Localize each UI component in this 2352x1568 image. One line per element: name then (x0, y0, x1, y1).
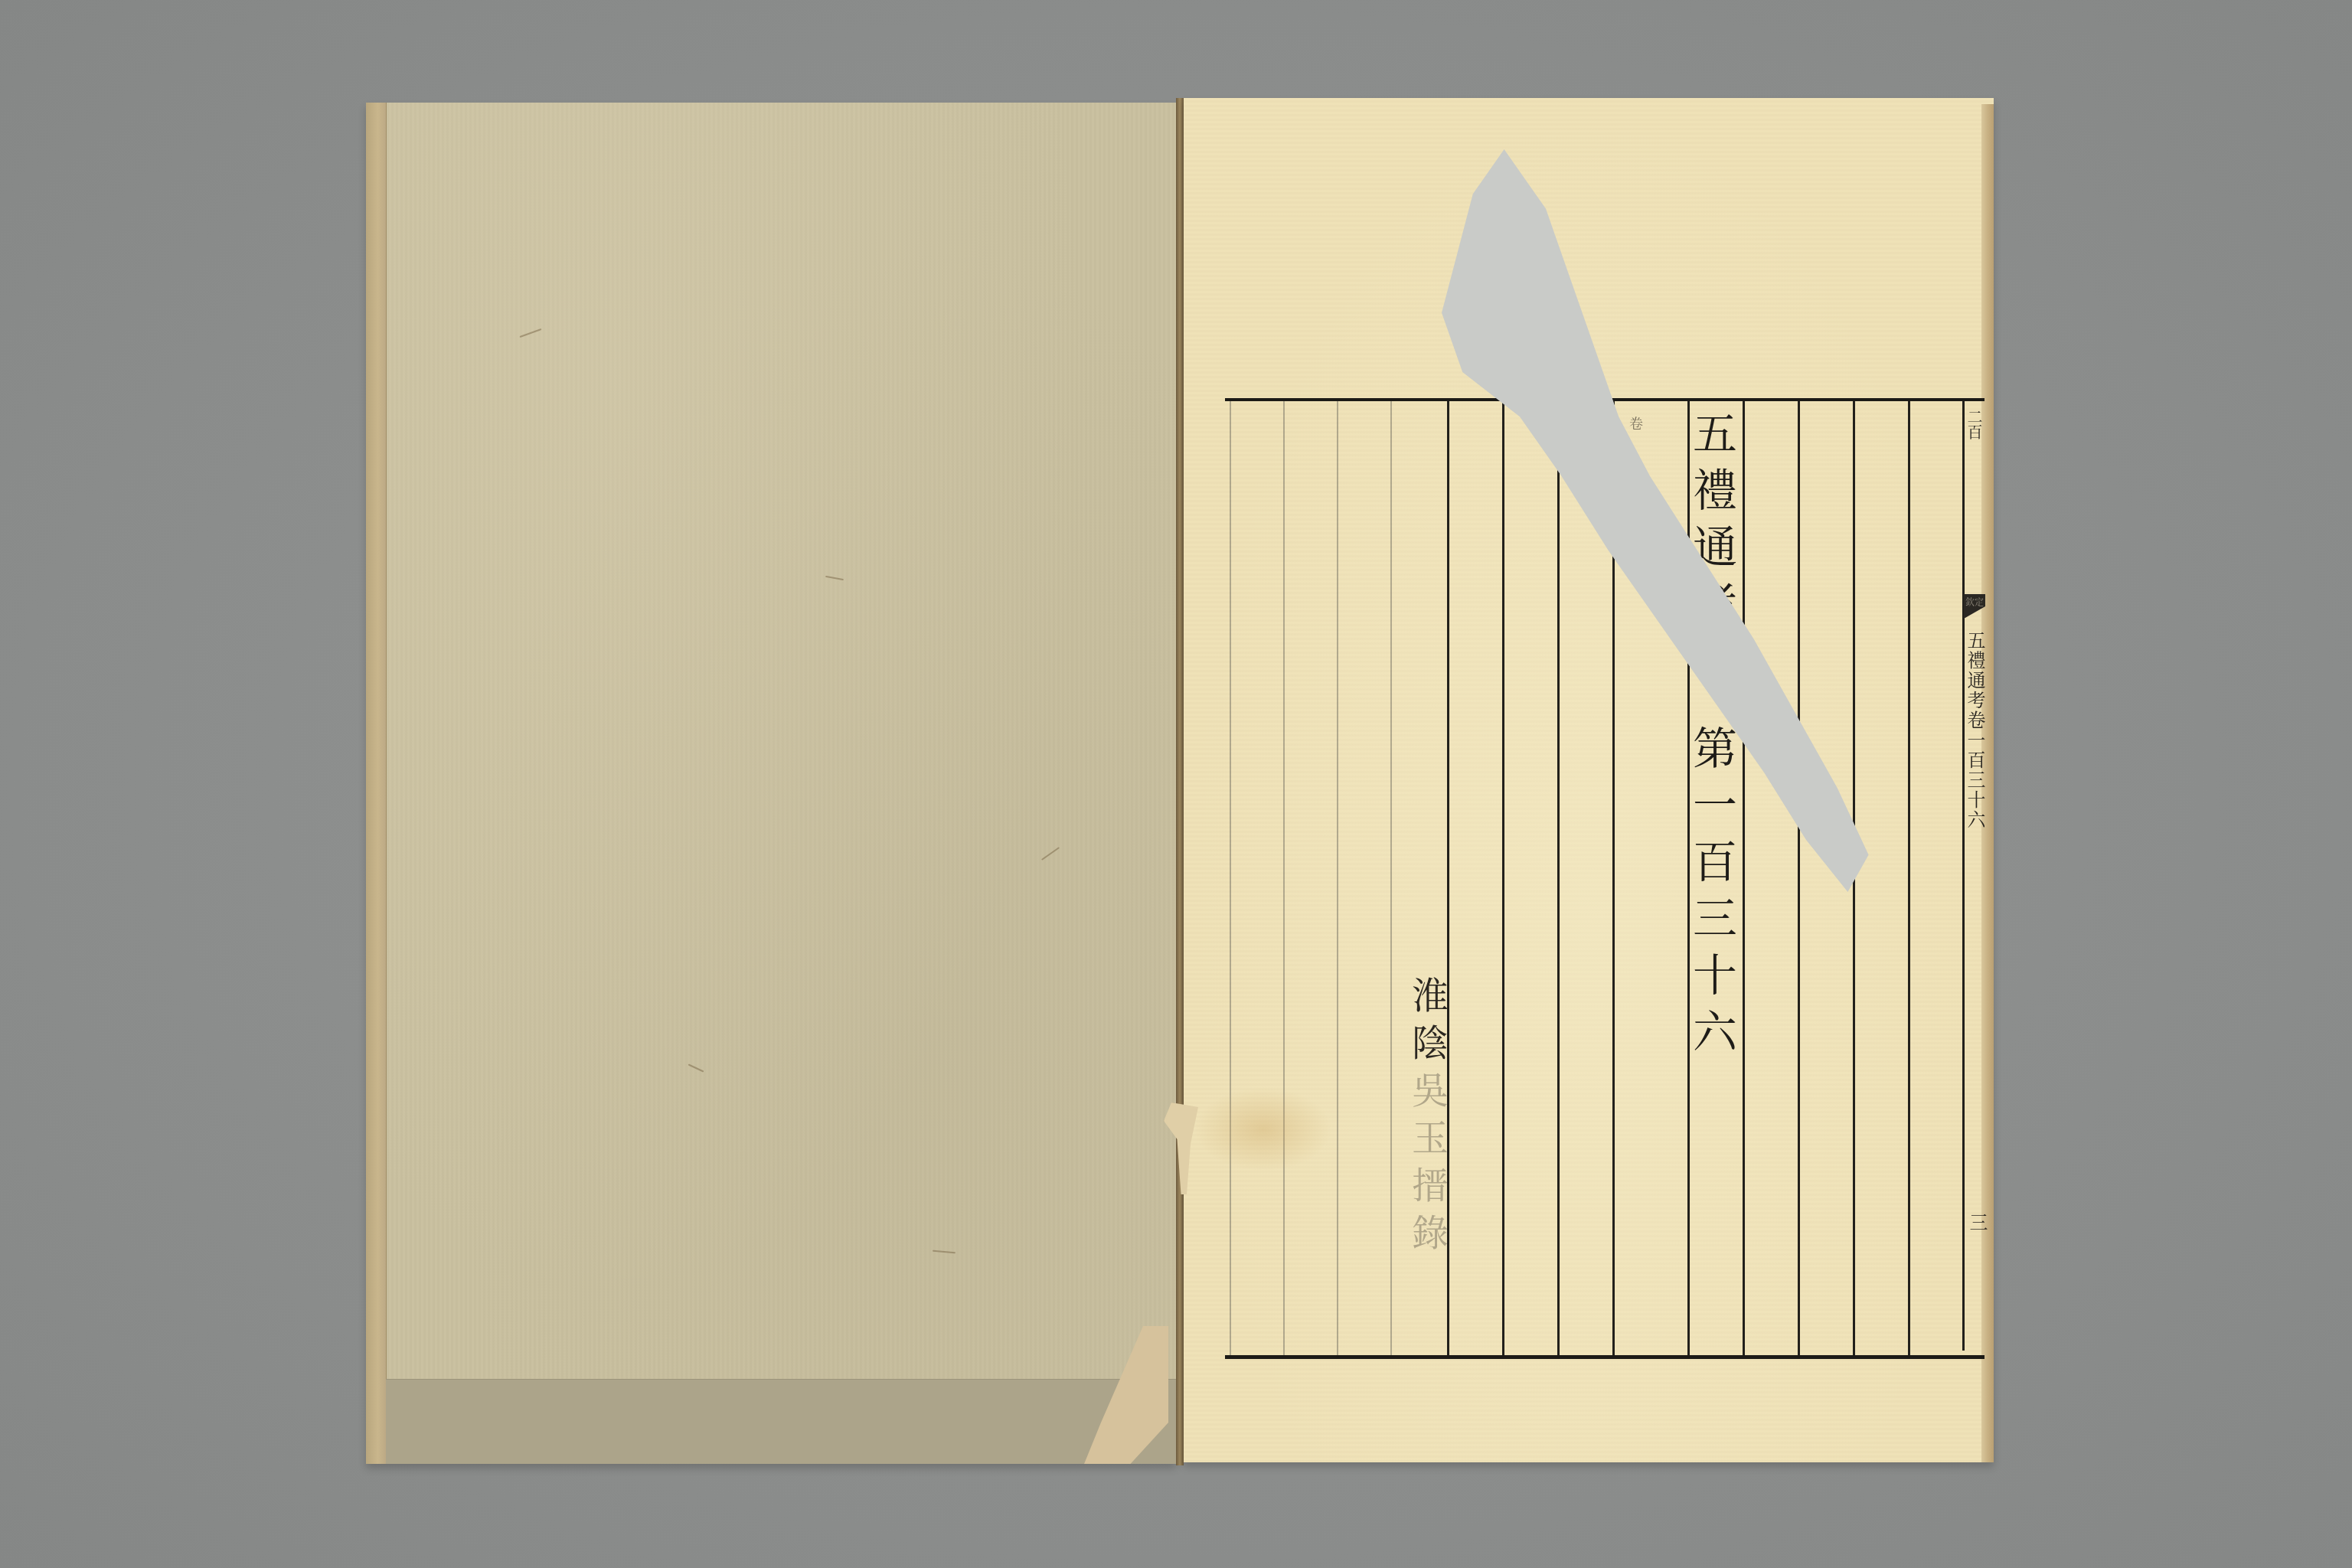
volume-char: 第 (1693, 720, 1737, 777)
author-char-faded: 錄 (1412, 1210, 1449, 1257)
paper-fiber (933, 1250, 955, 1254)
column-rule (1337, 401, 1338, 1355)
volume-char: 百 (1693, 834, 1737, 890)
volume-char: 六 (1693, 1004, 1737, 1060)
title-char: 五 (1693, 406, 1737, 462)
column-rule (1502, 401, 1504, 1355)
author-char-faded: 搢 (1412, 1162, 1449, 1210)
author-char: 淮 (1412, 972, 1449, 1020)
column-rule (1557, 401, 1560, 1355)
column-rule (1230, 401, 1231, 1355)
volume-char: 十 (1693, 947, 1737, 1004)
banxin-page-number: 三 (1964, 1213, 1991, 1231)
banxin-top-label: 二百 (1965, 409, 1982, 439)
paper-fiber (688, 1063, 704, 1072)
top-faint-marks: 卷 (1629, 413, 1643, 433)
banxin-title: 五禮通考卷一百三十六 (1964, 631, 1985, 830)
volume-title-column: 五 禮 通 考 第 一 百 三 十 六 (1688, 406, 1742, 1060)
paper-fiber (825, 576, 844, 580)
book-spine-gutter (1176, 98, 1184, 1465)
column-rule (1390, 401, 1392, 1355)
left-page-folded-edge (366, 103, 387, 1464)
column-rule (1798, 401, 1800, 1355)
title-char: 禮 (1693, 462, 1737, 519)
banxin-fishtail-label: 欽定 (1965, 596, 1984, 609)
author-char-faded: 吳 (1412, 1067, 1449, 1115)
volume-char: 一 (1693, 777, 1737, 834)
open-book: 二百 欽定 五禮通考卷一百三十六 三 卷 五 禮 通 考 第 一 百 三 十 六… (0, 0, 2352, 1568)
banxin-center-strip: 二百 欽定 五禮通考卷一百三十六 三 (1964, 401, 1985, 1351)
paper-fiber (1041, 847, 1060, 861)
author-attribution-column: 淮 陰 吳 玉 搢 錄 (1407, 972, 1453, 1257)
left-page-bottom-strip (386, 1379, 1176, 1464)
column-rule (1743, 401, 1745, 1355)
column-rule (1283, 401, 1285, 1355)
author-char-faded: 玉 (1412, 1115, 1449, 1162)
left-page-blank (366, 103, 1176, 1464)
volume-char: 三 (1693, 890, 1737, 947)
water-stain (1194, 1087, 1332, 1171)
column-rule (1908, 401, 1910, 1355)
author-char: 陰 (1412, 1020, 1449, 1067)
paper-fiber (520, 328, 542, 338)
